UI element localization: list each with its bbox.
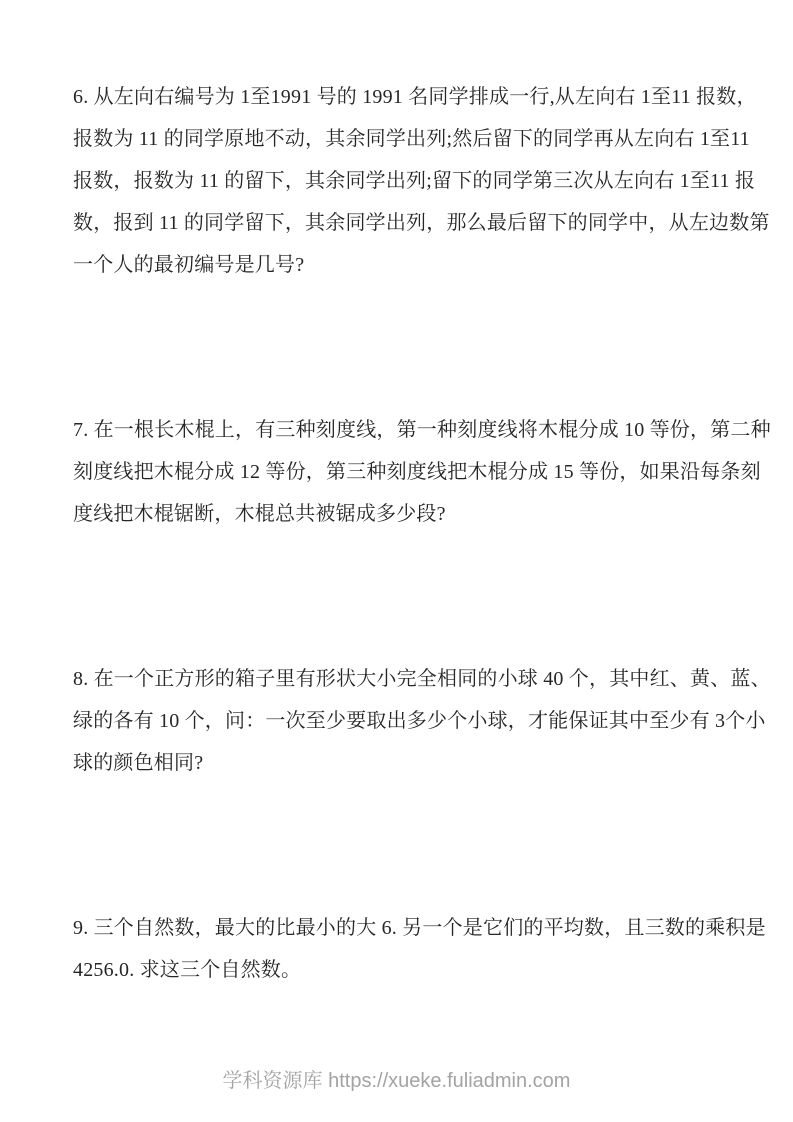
text-line: 报数为 11 的同学原地不动，其余同学出列;然后留下的同学再从左向右 1至11 [73, 118, 721, 160]
problem-9: 9. 三个自然数，最大的比最小的大 6. 另一个是它们的平均数，且三数的乘积是4… [73, 907, 721, 991]
text-line: 8. 在一个正方形的箱子里有形状大小完全相同的小球 40 个，其中红、黄、蓝、 [73, 658, 721, 700]
text-line: 9. 三个自然数，最大的比最小的大 6. 另一个是它们的平均数，且三数的乘积是 [73, 907, 721, 949]
text-line: 6. 从左向右编号为 1至1991 号的 1991 名同学排成一行,从左向右 1… [73, 76, 721, 118]
text-line: 7. 在一根长木棍上，有三种刻度线，第一种刻度线将木棍分成 10 等份，第二种 [73, 409, 721, 451]
footer-watermark: 学科资源库 https://xueke.fuliadmin.com [0, 1066, 793, 1096]
text-line: 4256.0. 求这三个自然数。 [73, 949, 721, 991]
text-line: 球的颜色相同? [73, 742, 721, 784]
problem-6: 6. 从左向右编号为 1至1991 号的 1991 名同学排成一行,从左向右 1… [73, 76, 721, 286]
text-line: 一个人的最初编号是几号? [73, 244, 721, 286]
text-line: 度线把木棍锯断，木棍总共被锯成多少段? [73, 493, 721, 535]
text-line: 数，报到 11 的同学留下，其余同学出列，那么最后留下的同学中，从左边数第 [73, 202, 721, 244]
text-line: 绿的各有 10 个，问：一次至少要取出多少个小球，才能保证其中至少有 3个小 [73, 700, 721, 742]
footer-url-link[interactable]: https://xueke.fuliadmin.com [328, 1070, 570, 1092]
text-line: 刻度线把木棍分成 12 等份，第三种刻度线把木棍分成 15 等份，如果沿每条刻 [73, 451, 721, 493]
problem-8: 8. 在一个正方形的箱子里有形状大小完全相同的小球 40 个，其中红、黄、蓝、绿… [73, 658, 721, 784]
footer-site-label: 学科资源库 [223, 1070, 323, 1092]
text-line: 报数，报数为 11 的留下，其余同学出列;留下的同学第三次从左向右 1至11 报 [73, 160, 721, 202]
document-page: 6. 从左向右编号为 1至1991 号的 1991 名同学排成一行,从左向右 1… [0, 0, 793, 1122]
problem-7: 7. 在一根长木棍上，有三种刻度线，第一种刻度线将木棍分成 10 等份，第二种刻… [73, 409, 721, 535]
